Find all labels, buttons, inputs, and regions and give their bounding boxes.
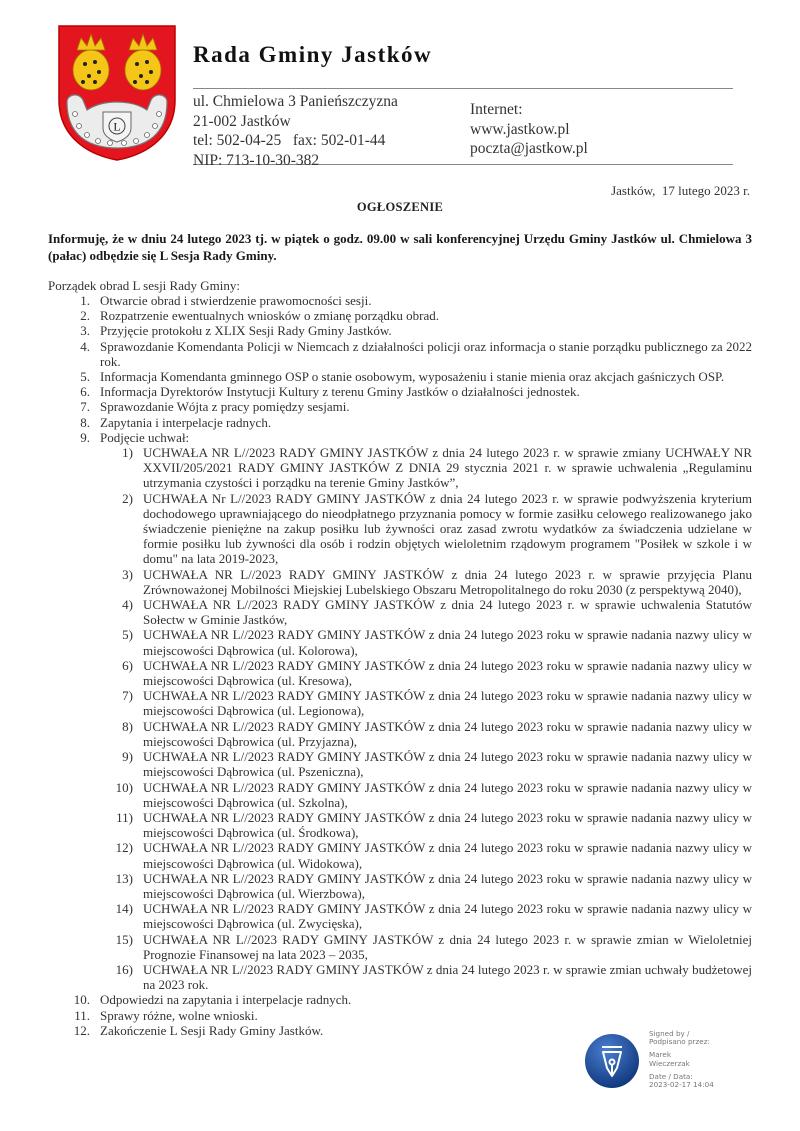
fountain-pen-nib-icon: [583, 1032, 641, 1090]
document-title: OGŁOSZENIE: [0, 200, 800, 215]
resolution-item: 6)UCHWAŁA NR L//2023 RADY GMINY JASTKÓW …: [48, 658, 752, 688]
resolution-item: 16)UCHWAŁA NR L//2023 RADY GMINY JASTKÓW…: [48, 962, 752, 992]
address-postal: 21-002 Jastków: [193, 112, 398, 132]
organization-title: Rada Gminy Jastków: [193, 42, 432, 68]
agenda-item: 10.Odpowiedzi na zapytania i interpelacj…: [48, 992, 752, 1007]
resolution-item: 9)UCHWAŁA NR L//2023 RADY GMINY JASTKÓW …: [48, 749, 752, 779]
resolution-item: 7)UCHWAŁA NR L//2023 RADY GMINY JASTKÓW …: [48, 688, 752, 718]
agenda-item-text: Rozpatrzenie ewentualnych wniosków o zmi…: [100, 308, 752, 323]
agenda-item: 6.Informacja Dyrektorów Instytucji Kultu…: [48, 384, 752, 399]
agenda-item: 4.Sprawozdanie Komendanta Policji w Niem…: [48, 339, 752, 369]
address-street: ul. Chmielowa 3 Panieńszczyzna: [193, 92, 398, 112]
agenda-item-text: Sprawozdanie Komendanta Policji w Niemca…: [100, 339, 752, 369]
resolution-item-text: UCHWAŁA NR L//2023 RADY GMINY JASTKÓW z …: [143, 627, 752, 657]
resolution-item-number: 12): [48, 840, 143, 870]
svg-text:L: L: [113, 120, 120, 134]
resolution-item-text: UCHWAŁA Nr L//2023 RADY GMINY JASTKÓW z …: [143, 491, 752, 567]
signature-date-value: 2023-02-17 14:04: [649, 1081, 714, 1089]
agenda-item-number: 6.: [48, 384, 100, 399]
agenda-item-number: 7.: [48, 399, 100, 414]
resolution-item-text: UCHWAŁA NR L//2023 RADY GMINY JASTKÓW z …: [143, 749, 752, 779]
resolution-item: 11)UCHWAŁA NR L//2023 RADY GMINY JASTKÓW…: [48, 810, 752, 840]
resolution-item-number: 13): [48, 871, 143, 901]
signer-last-name: Wieczerzak: [649, 1060, 714, 1068]
agenda-item-number: 5.: [48, 369, 100, 384]
announcement-intro: Informuję, że w dniu 24 lutego 2023 tj. …: [48, 230, 752, 264]
agenda-item-number: 4.: [48, 339, 100, 369]
resolution-item-number: 14): [48, 901, 143, 931]
agenda-item: 11.Sprawy różne, wolne wnioski.: [48, 1008, 752, 1023]
address-nip: NIP: 713-10-30-382: [193, 151, 398, 171]
resolution-item: 15)UCHWAŁA NR L//2023 RADY GMINY JASTKÓW…: [48, 932, 752, 962]
resolution-item-number: 10): [48, 780, 143, 810]
agenda-item-number: 12.: [48, 1023, 100, 1038]
agenda-item-text: Sprawy różne, wolne wnioski.: [100, 1008, 752, 1023]
agenda-item-text: Odpowiedzi na zapytania i interpelacje r…: [100, 992, 752, 1007]
resolution-item: 3)UCHWAŁA NR L//2023 RADY GMINY JASTKÓW …: [48, 567, 752, 597]
agenda-item-text: Podjęcie uchwał:: [100, 430, 752, 445]
signature-details: Signed by / Podpisano przez: Marek Wiecz…: [649, 1030, 714, 1089]
agenda-item: 1.Otwarcie obrad i stwierdzenie prawomoc…: [48, 293, 752, 308]
resolution-item-text: UCHWAŁA NR L//2023 RADY GMINY JASTKÓW z …: [143, 932, 752, 962]
agenda-item-number: 8.: [48, 415, 100, 430]
resolution-item: 2)UCHWAŁA Nr L//2023 RADY GMINY JASTKÓW …: [48, 491, 752, 567]
agenda-item-text: Sprawozdanie Wójta z pracy pomiędzy sesj…: [100, 399, 752, 414]
agenda-item: 8.Zapytania i interpelacje radnych.: [48, 415, 752, 430]
resolution-item-number: 3): [48, 567, 143, 597]
agenda-item-text: Przyjęcie protokołu z XLIX Sesji Rady Gm…: [100, 323, 752, 338]
resolution-item-text: UCHWAŁA NR L//2023 RADY GMINY JASTKÓW z …: [143, 871, 752, 901]
agenda-item: 3.Przyjęcie protokołu z XLIX Sesji Rady …: [48, 323, 752, 338]
agenda-item-number: 9.: [48, 430, 100, 445]
resolution-item-number: 11): [48, 810, 143, 840]
resolution-item-text: UCHWAŁA NR L//2023 RADY GMINY JASTKÓW z …: [143, 901, 752, 931]
agenda-item-number: 3.: [48, 323, 100, 338]
internet-block: Internet: www.jastkow.pl poczta@jastkow.…: [470, 100, 588, 159]
resolution-item-number: 7): [48, 688, 143, 718]
resolution-item-text: UCHWAŁA NR L//2023 RADY GMINY JASTKÓW z …: [143, 840, 752, 870]
header-divider-top: [193, 88, 733, 89]
agenda-heading: Porządek obrad L sesji Rady Gminy:: [48, 278, 240, 294]
resolution-item-text: UCHWAŁA NR L//2023 RADY GMINY JASTKÓW z …: [143, 658, 752, 688]
resolution-item-text: UCHWAŁA NR L//2023 RADY GMINY JASTKÓW z …: [143, 962, 752, 992]
resolution-item-text: UCHWAŁA NR L//2023 RADY GMINY JASTKÓW z …: [143, 719, 752, 749]
agenda-item-number: 11.: [48, 1008, 100, 1023]
coat-of-arms-logo: L: [55, 22, 179, 162]
agenda-item-number: 10.: [48, 992, 100, 1007]
resolution-item: 5)UCHWAŁA NR L//2023 RADY GMINY JASTKÓW …: [48, 627, 752, 657]
resolution-item: 13)UCHWAŁA NR L//2023 RADY GMINY JASTKÓW…: [48, 871, 752, 901]
agenda-item-number: 2.: [48, 308, 100, 323]
resolution-item-text: UCHWAŁA NR L//2023 RADY GMINY JASTKÓW z …: [143, 810, 752, 840]
digital-signature-stamp: Signed by / Podpisano przez: Marek Wiecz…: [583, 1030, 753, 1092]
agenda-item-text: Zapytania i interpelacje radnych.: [100, 415, 752, 430]
agenda-item-text: Informacja Komendanta gminnego OSP o sta…: [100, 369, 752, 384]
agenda-item: 5.Informacja Komendanta gminnego OSP o s…: [48, 369, 752, 384]
resolution-item-number: 2): [48, 491, 143, 567]
document-date: Jastków, 17 lutego 2023 r.: [611, 183, 750, 199]
website-link[interactable]: www.jastkow.pl: [470, 120, 588, 140]
internet-label: Internet:: [470, 100, 588, 120]
resolution-item-text: UCHWAŁA NR L//2023 RADY GMINY JASTKÓW z …: [143, 445, 752, 491]
resolution-item-number: 4): [48, 597, 143, 627]
resolution-item: 12)UCHWAŁA NR L//2023 RADY GMINY JASTKÓW…: [48, 840, 752, 870]
address-block: ul. Chmielowa 3 Panieńszczyzna 21-002 Ja…: [193, 92, 398, 170]
resolution-item: 4)UCHWAŁA NR L//2023 RADY GMINY JASTKÓW …: [48, 597, 752, 627]
resolution-item-number: 15): [48, 932, 143, 962]
resolution-item-text: UCHWAŁA NR L//2023 RADY GMINY JASTKÓW z …: [143, 688, 752, 718]
resolution-item-number: 8): [48, 719, 143, 749]
agenda-item-number: 1.: [48, 293, 100, 308]
resolution-item: 14)UCHWAŁA NR L//2023 RADY GMINY JASTKÓW…: [48, 901, 752, 931]
resolution-item: 1)UCHWAŁA NR L//2023 RADY GMINY JASTKÓW …: [48, 445, 752, 491]
resolution-item-number: 5): [48, 627, 143, 657]
resolution-item: 8)UCHWAŁA NR L//2023 RADY GMINY JASTKÓW …: [48, 719, 752, 749]
resolution-item-number: 6): [48, 658, 143, 688]
resolution-item-text: UCHWAŁA NR L//2023 RADY GMINY JASTKÓW z …: [143, 567, 752, 597]
agenda-item-text: Otwarcie obrad i stwierdzenie prawomocno…: [100, 293, 752, 308]
agenda-item: 9.Podjęcie uchwał:: [48, 430, 752, 445]
address-phone-fax: tel: 502-04-25 fax: 502-01-44: [193, 131, 398, 151]
resolution-item-text: UCHWAŁA NR L//2023 RADY GMINY JASTKÓW z …: [143, 597, 752, 627]
agenda-list: 1.Otwarcie obrad i stwierdzenie prawomoc…: [48, 293, 752, 1038]
agenda-item: 7.Sprawozdanie Wójta z pracy pomiędzy se…: [48, 399, 752, 414]
agenda-item: 2.Rozpatrzenie ewentualnych wniosków o z…: [48, 308, 752, 323]
signed-by-label-pl: Podpisano przez:: [649, 1038, 714, 1046]
resolution-item-number: 1): [48, 445, 143, 491]
agenda-item-text: Informacja Dyrektorów Instytucji Kultury…: [100, 384, 752, 399]
resolution-item: 10)UCHWAŁA NR L//2023 RADY GMINY JASTKÓW…: [48, 780, 752, 810]
resolution-item-text: UCHWAŁA NR L//2023 RADY GMINY JASTKÓW z …: [143, 780, 752, 810]
resolution-item-number: 16): [48, 962, 143, 992]
email-link[interactable]: poczta@jastkow.pl: [470, 139, 588, 159]
resolution-item-number: 9): [48, 749, 143, 779]
